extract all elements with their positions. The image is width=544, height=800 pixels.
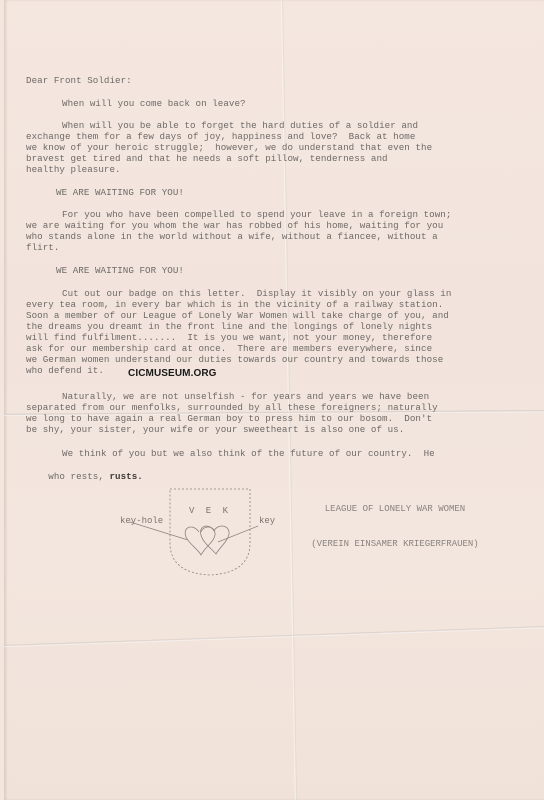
signature-block: LEAGUE OF LONELY WAR WOMEN (VEREIN EINSA…	[280, 481, 510, 562]
paragraph-line: exchange them for a few days of joy, hap…	[26, 131, 415, 143]
paragraph-line: who rests, rusts.	[26, 459, 143, 494]
paragraph-line: ask for our membership card at once. The…	[26, 343, 432, 355]
paragraph-line: we long to have again a real German boy …	[26, 413, 432, 425]
paragraph-line: will find fulfilment....... It is you we…	[26, 332, 432, 344]
horizontal-fold-crease	[4, 626, 544, 647]
paragraph-text: who rests,	[48, 471, 109, 482]
paragraph-line: be shy, your sister, your wife or your s…	[26, 424, 404, 436]
closing-word: rusts.	[109, 471, 142, 482]
paragraph-line: the dreams you dreamt in the front line …	[26, 321, 432, 333]
paragraph-line: who defend it.	[26, 365, 104, 377]
opening-question: When will you come back on leave?	[62, 98, 246, 110]
paragraph-line: For you who have been compelled to spend…	[62, 209, 451, 221]
paragraph-line: we are waiting for you whom the war has …	[26, 220, 443, 232]
paragraph-line: we know of your heroic struggle; however…	[26, 142, 432, 154]
paragraph-line: When will you be able to forget the hard…	[62, 120, 418, 132]
refrain-heading: WE ARE WAITING FOR YOU!	[56, 187, 184, 199]
signature-line-german: (VEREIN EINSAMER KRIEGERFRAUEN)	[280, 539, 510, 551]
paragraph-line: every tea room, in every bar which is in…	[26, 299, 443, 311]
paragraph-line: separated from our menfolks, surrounded …	[26, 402, 438, 414]
refrain-heading: WE ARE WAITING FOR YOU!	[56, 265, 184, 277]
key-label: key	[259, 516, 275, 526]
callout-lines-icon	[118, 520, 288, 560]
watermark: CICMUSEUM.ORG	[128, 368, 217, 379]
signature-line-english: LEAGUE OF LONELY WAR WOMEN	[280, 504, 510, 516]
paragraph-line: Soon a member of our League of Lonely Wa…	[26, 310, 449, 322]
paragraph-line: Naturally, we are not unselfish - for ye…	[62, 391, 429, 403]
paragraph-line: We think of you but we also think of the…	[62, 448, 435, 460]
key-hole-label: key-hole	[120, 516, 163, 526]
badge-initials: V E K	[168, 506, 252, 516]
paragraph-line: Cut out our badge on this letter. Displa…	[62, 288, 451, 300]
paragraph-line: healthy pleasure.	[26, 164, 121, 176]
paragraph-line: bravest get tired and that he needs a so…	[26, 153, 388, 165]
salutation: Dear Front Soldier:	[26, 75, 132, 87]
paragraph-line: we German women understand our duties to…	[26, 354, 443, 366]
paragraph-line: flirt.	[26, 242, 59, 254]
paragraph-line: who stands alone in the world without a …	[26, 231, 438, 243]
